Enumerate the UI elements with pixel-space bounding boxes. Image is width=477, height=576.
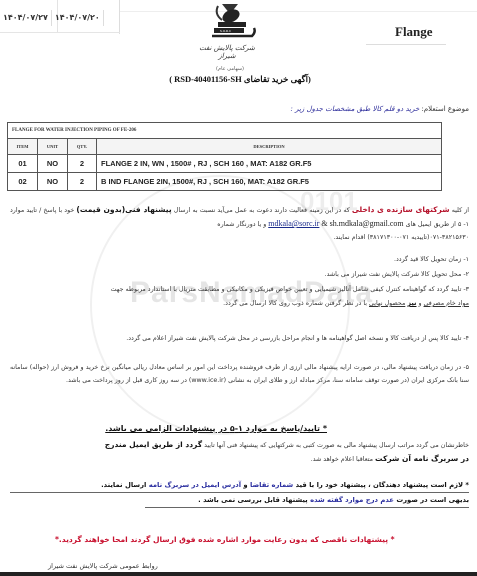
mandatory-text: * تایید/پاسخ به موارد ۱-۵ در پیشنهادات ا… (105, 424, 327, 433)
refinery-logo-icon: S.O.R.C (200, 2, 260, 44)
list-item: ۱- زمان تحویل کالا قید گردد. (10, 253, 469, 266)
page-title: Flange (395, 24, 433, 40)
col-header-unit: UNIT (38, 139, 68, 155)
email-link-sorc[interactable]: mdkala@sorc.ir (268, 219, 319, 228)
raw-materials: مواد خام مصرفی (424, 300, 469, 307)
footer-rule (0, 572, 477, 576)
divider (120, 11, 477, 12)
required-note: * لازم است پیشنهاد دهندگان ، پیشنهاد خود… (10, 478, 469, 508)
date-box: ۱۴۰۴/۰۷/۲۷ ۱۴۰۴/۰۷/۲۰ (0, 0, 120, 34)
underline-rule (10, 492, 469, 493)
intro-text: از کلیه (450, 207, 469, 214)
reminder-text: خاطرنشان می گردد مراتب ارسال پیشنهاد مال… (202, 442, 469, 449)
table-row: 01 NO 2 FLANGE 2 IN, WN , 1500# , RJ , S… (8, 155, 442, 173)
date-row: ۱۴۰۴/۰۷/۲۷ ۱۴۰۴/۰۷/۲۰ (0, 10, 104, 26)
cell-qty: 2 (68, 155, 97, 173)
ampersand: & (319, 219, 329, 228)
list-item: ۲- محل تحویل کالا شرکت پالایش نفت شیراز … (10, 268, 469, 281)
company-type: (سهامی عام) (210, 66, 250, 72)
col-header-description: DESCRIPTION (97, 139, 442, 155)
final-product: محصول نهایی (369, 300, 405, 307)
subject-value: خرید دو قلم کالا طبق مشخصات جدول زیر : (291, 105, 420, 113)
warning-note: * پیشنهادات ناقصی که بدون رعایت موارد اش… (55, 535, 395, 544)
email-in-letterhead: آدرس ایمیل در سربرگ نامه (149, 481, 241, 489)
list-item-continuation: مواد خام مصرفی و نیز محصول نهایی با در ن… (10, 297, 469, 310)
required-text: بدیهی است در صورت (394, 496, 469, 504)
reminder-bold: گردد از طریق ایمیل مندرج (105, 440, 202, 449)
request-title: (آگهی خرید تقاضای RSD-40401156-SH ) (130, 74, 350, 85)
text: و (416, 300, 423, 307)
reminder-paragraph: خاطرنشان می گردد مراتب ارسال پیشنهاد مال… (10, 438, 469, 466)
deadline-date: ۱۴۰۴/۰۷/۲۷ (0, 10, 52, 26)
company-name: شرکت پالایش نفت شیراز (192, 44, 262, 60)
spec-table: FLANGE FOR WATER INJECTION PIPING OF FE-… (7, 122, 442, 191)
intro-text: و یا دورنگار شماره (217, 221, 268, 228)
mandatory-note: * تایید/پاسخ به موارد ۱-۵ در پیشنهادات ا… (105, 424, 327, 433)
cell-unit: NO (38, 155, 68, 173)
list-item: ۵- در زمان دریافت پیشنهاد مالی، در صورت … (10, 361, 469, 387)
required-text: پیشنهاد قابل بررسی نمی باشد . (198, 496, 310, 504)
fax-numbers: ۰۷۱-۳۸۲۱۵۶۳۰(تاییدیه ۰۷۱-۳۸۱۷۱۳۰۰) اقدام… (333, 234, 469, 241)
email-gmail[interactable]: sh.mdkala@gmail.com (330, 219, 404, 228)
intro-paragraph: از کلیه شرکتهای سازنده ی داخلی که در این… (10, 203, 469, 244)
required-text: ارسال نمایند. (101, 481, 149, 489)
divider (366, 44, 446, 45)
publish-date: ۱۴۰۴/۰۷/۲۰ (52, 10, 104, 26)
reminder-text: متعاقبا اعلام خواهد شد. (311, 456, 375, 463)
list-item: ۴- تایید کالا پس از دریافت کالا و نسخه ا… (10, 332, 469, 345)
cell-description: FLANGE 2 IN, WN , 1500# , RJ , SCH 160 ,… (97, 155, 442, 173)
text: با در نظر گرفتن شماره ذوب روی کالا ارسال… (223, 300, 369, 307)
technical-offer: پیشنهاد فنی(بدون قیمت) (76, 205, 171, 214)
reminder-bold: در سربرگ نامه آن شرکت (375, 454, 469, 463)
subject-line: موضوع استعلام: خرید دو قلم کالا طبق مشخص… (291, 105, 469, 113)
request-number: شماره تقاضا (250, 481, 293, 489)
svg-text:S.O.R.C: S.O.R.C (220, 29, 231, 33)
cell-item: 02 (8, 173, 38, 191)
company-logo: S.O.R.C (200, 2, 260, 72)
domestic-manufacturers: شرکتهای سازنده ی داخلی (352, 205, 450, 214)
list-item: ۳- تایید گردد که گواهینامه کنترل کیفی شا… (10, 283, 469, 296)
footer-signature: روابط عمومی شرکت پالایش نفت شیراز (48, 562, 158, 570)
cell-unit: NO (38, 173, 68, 191)
subject-label: موضوع استعلام: (419, 105, 469, 113)
col-header-item: ITEM (8, 139, 38, 155)
table-title: FLANGE FOR WATER INJECTION PIPING OF FE-… (8, 123, 442, 139)
table-row: 02 NO 2 B IND FLANGE 2IN, 1500#, RJ , SC… (8, 173, 442, 191)
cell-description: B IND FLANGE 2IN, 1500#, RJ , SCH 160, M… (97, 173, 442, 191)
divider (0, 32, 120, 33)
not-included: عدم درج موارد گفته شده (310, 496, 394, 504)
intro-text: که در این زمینه فعالیت دارند دعوت به عمل… (172, 207, 352, 214)
underline-rule (145, 507, 469, 508)
required-text: * لازم است پیشنهاد دهندگان ، پیشنهاد خود… (293, 481, 469, 489)
cell-item: 01 (8, 155, 38, 173)
col-header-qty: QTY. (68, 139, 97, 155)
cell-qty: 2 (68, 173, 97, 191)
required-text: و (241, 481, 250, 489)
